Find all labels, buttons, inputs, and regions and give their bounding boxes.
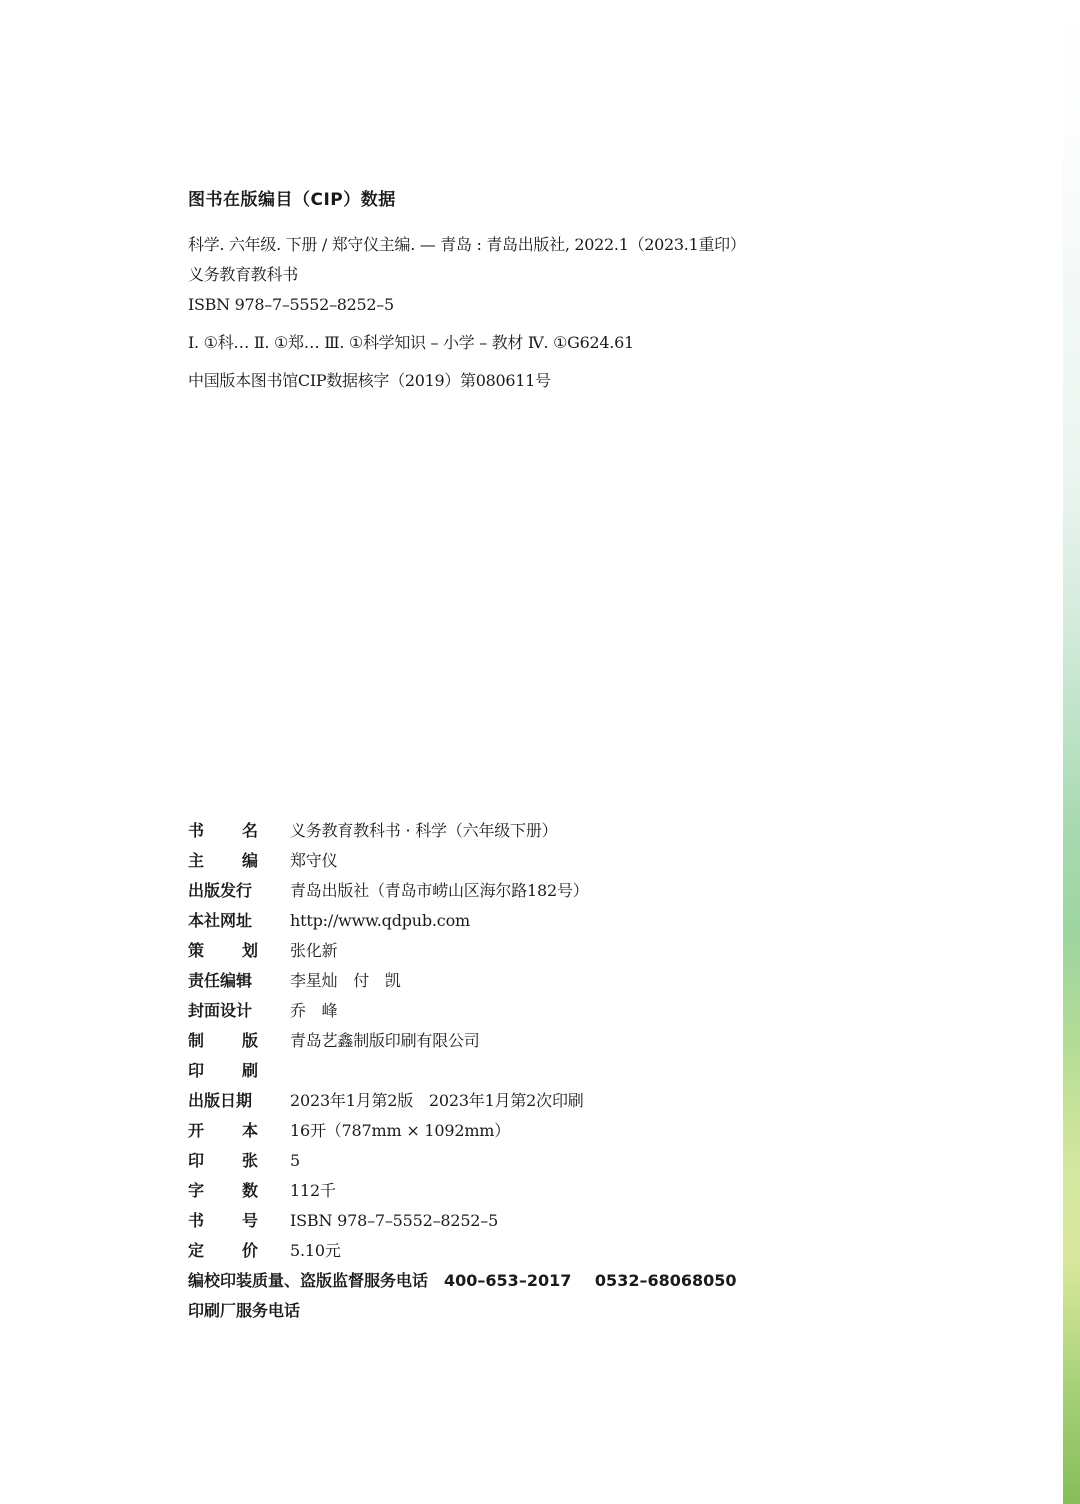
imprint-row-title: 书名 义务教育教科书 · 科学（六年级下册） — [188, 816, 755, 846]
website-link[interactable]: http://www.qdpub.com — [290, 906, 470, 936]
imprint-row-word-count: 字数 112千 — [188, 1176, 755, 1206]
row-label: 制版 — [188, 1026, 258, 1056]
row-value: 义务教育教科书 · 科学（六年级下册） — [290, 816, 557, 846]
row-value: 5.10元 — [290, 1236, 341, 1266]
row-label: 印刷 — [188, 1056, 258, 1086]
row-label: 印张 — [188, 1146, 258, 1176]
phone-number: 0532–68068050 — [595, 1271, 737, 1290]
imprint-block: 书名 义务教育教科书 · 科学（六年级下册） 主编 郑守仪 出版发行 青岛出版社… — [188, 816, 755, 1326]
row-label: 策划 — [188, 936, 258, 966]
row-value: 李星灿 付 凯 — [290, 966, 401, 996]
quality-hotline-phones: 400–653–2017 0532–68068050 — [444, 1266, 755, 1296]
row-label: 开本 — [188, 1116, 258, 1146]
imprint-row-publish-date: 出版日期 2023年1月第2版 2023年1月第2次印刷 — [188, 1086, 755, 1116]
row-value: 青岛出版社（青岛市崂山区海尔路182号） — [290, 876, 589, 906]
imprint-row-price: 定价 5.10元 — [188, 1236, 755, 1266]
row-value: 乔 峰 — [290, 996, 337, 1026]
imprint-row-printing: 印刷 — [188, 1056, 755, 1086]
imprint-row-publisher: 出版发行 青岛出版社（青岛市崂山区海尔路182号） — [188, 876, 755, 906]
cip-title: 图书在版编目（CIP）数据 — [188, 186, 746, 214]
cip-citation: 科学. 六年级. 下册 / 郑守仪主编. — 青岛 : 青岛出版社, 2022.… — [188, 230, 746, 260]
cip-classification: Ⅰ. ①科… Ⅱ. ①郑… Ⅲ. ①科学知识 – 小学 – 教材 Ⅳ. ①G62… — [188, 328, 746, 358]
imprint-row-plate-making: 制版 青岛艺鑫制版印刷有限公司 — [188, 1026, 755, 1056]
imprint-row-responsible-editor: 责任编辑 李星灿 付 凯 — [188, 966, 755, 996]
imprint-row-website: 本社网址 http://www.qdpub.com — [188, 906, 755, 936]
printer-hotline-label: 印刷厂服务电话 — [188, 1296, 300, 1326]
quality-hotline-label: 编校印装质量、盗版监督服务电话 — [188, 1266, 428, 1296]
imprint-row-editor: 主编 郑守仪 — [188, 846, 755, 876]
row-label: 责任编辑 — [188, 966, 258, 996]
imprint-row-isbn: 书号 ISBN 978–7–5552–8252–5 — [188, 1206, 755, 1236]
row-value: 青岛艺鑫制版印刷有限公司 — [290, 1026, 480, 1056]
cip-series: 义务教育教科书 — [188, 260, 746, 290]
row-label: 封面设计 — [188, 996, 258, 1026]
row-value: ISBN 978–7–5552–8252–5 — [290, 1206, 498, 1236]
row-value: 5 — [290, 1146, 300, 1176]
row-label: 定价 — [188, 1236, 258, 1266]
cip-isbn: ISBN 978–7–5552–8252–5 — [188, 290, 746, 320]
row-label: 出版发行 — [188, 876, 258, 906]
imprint-row-sheets: 印张 5 — [188, 1146, 755, 1176]
row-label: 书名 — [188, 816, 258, 846]
imprint-row-cover-design: 封面设计 乔 峰 — [188, 996, 755, 1026]
row-value: 张化新 — [290, 936, 337, 966]
row-label: 字数 — [188, 1176, 258, 1206]
row-value: 16开（787mm × 1092mm） — [290, 1116, 510, 1146]
imprint-row-planner: 策划 张化新 — [188, 936, 755, 966]
cip-data-block: 图书在版编目（CIP）数据 科学. 六年级. 下册 / 郑守仪主编. — 青岛 … — [188, 186, 746, 396]
quality-hotline-row: 编校印装质量、盗版监督服务电话 400–653–2017 0532–680680… — [188, 1266, 755, 1296]
row-label: 本社网址 — [188, 906, 258, 936]
decorative-side-strip — [1063, 0, 1080, 1504]
row-value: 郑守仪 — [290, 846, 337, 876]
phone-number: 400–653–2017 — [444, 1271, 571, 1290]
row-label: 书号 — [188, 1206, 258, 1236]
printer-hotline-row: 印刷厂服务电话 — [188, 1296, 755, 1326]
imprint-row-format: 开本 16开（787mm × 1092mm） — [188, 1116, 755, 1146]
row-label: 主编 — [188, 846, 258, 876]
row-value: 112千 — [290, 1176, 336, 1206]
row-label: 出版日期 — [188, 1086, 258, 1116]
row-value: 2023年1月第2版 2023年1月第2次印刷 — [290, 1086, 584, 1116]
cip-record-number: 中国版本图书馆CIP数据核字（2019）第080611号 — [188, 366, 746, 396]
